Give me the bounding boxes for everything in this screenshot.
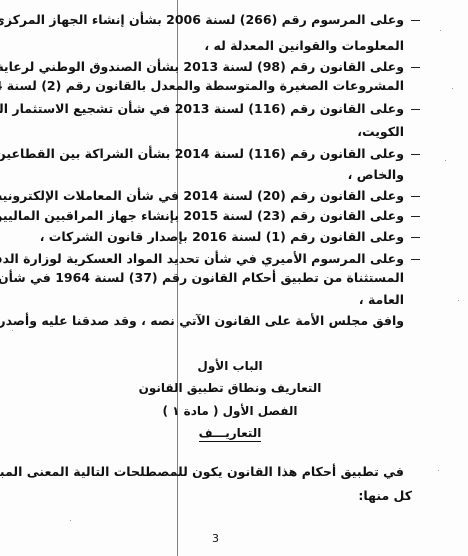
- bullet-dash-icon: [411, 109, 420, 110]
- preamble-item-6-line-1: وعلى القانون رقم (23) لسنة 2015 بإنشاء ج…: [33, 208, 404, 224]
- scan-speck: [452, 88, 453, 89]
- part-heading: الباب الأول: [100, 358, 360, 374]
- part-title-heading: التعاريف ونطاق تطبيق القانون: [100, 380, 360, 396]
- preamble-item-4-line-1: وعلى القانون رقم (116) لسنة 2014 بشأن ال…: [33, 146, 404, 162]
- preamble-item-4-line-2: والخاص ،: [33, 167, 404, 183]
- preamble-item-2-line-2: المشروعات الصغيرة والمتوسطة والمعدل بالق…: [33, 78, 404, 94]
- bullet-dash-icon: [411, 259, 420, 260]
- page-number: 3: [212, 532, 219, 545]
- preamble-item-5-line-1: وعلى القانون رقم (20) لسنة 2014 في شأن ا…: [33, 188, 404, 204]
- document-page: وعلى المرسوم رقم (266) لسنة 2006 بشأن إن…: [0, 0, 468, 556]
- preamble-item-1-line-1: وعلى المرسوم رقم (266) لسنة 2006 بشأن إن…: [33, 12, 404, 28]
- definitions-intro-line-1: في تطبيق أحكام هذا القانون يكون للمصطلحا…: [34, 464, 404, 480]
- bullet-dash-icon: [411, 196, 420, 197]
- bullet-dash-icon: [411, 216, 420, 217]
- scan-speck: [12, 330, 13, 331]
- bullet-dash-icon: [411, 237, 420, 238]
- section-heading-text: التعاريـــف: [199, 426, 262, 442]
- preamble-item-1-line-2: المعلومات والقوانين المعدلة له ،: [33, 38, 404, 54]
- scan-speck: [458, 300, 459, 301]
- scan-speck: [440, 30, 441, 31]
- preamble-item-8-line-3: العامة ،: [33, 292, 404, 308]
- preamble-item-7-line-1: وعلى القانون رقم (1) لسنة 2016 بإصدار قا…: [33, 229, 404, 245]
- preamble-item-8-line-2: المستثناة من تطبيق أحكام القانون رقم (37…: [33, 270, 404, 286]
- preamble-item-2-line-1: وعلى القانون رقم (98) لسنة 2013 بشأن الص…: [33, 59, 404, 75]
- bullet-dash-icon: [411, 154, 420, 155]
- chapter-heading: الفصل الأول ( مادة ١ ): [100, 403, 360, 419]
- section-heading: التعاريـــف: [100, 425, 360, 441]
- bullet-dash-icon: [411, 67, 420, 68]
- preamble-item-8-line-1: وعلى المرسوم الأميري في شأن تحديد المواد…: [33, 251, 404, 267]
- scan-speck: [70, 520, 71, 521]
- preamble-item-3-line-1: وعلى القانون رقم (116) لسنة 2013 في شأن …: [33, 101, 404, 117]
- definitions-intro-line-2: كل منها:: [358, 488, 412, 504]
- approval-clause: وافق مجلس الأمة على القانون الآتي نصه ، …: [33, 313, 404, 329]
- scan-speck: [445, 160, 446, 161]
- preamble-item-3-line-2: الكويت،: [33, 124, 404, 140]
- scan-speck: [438, 470, 439, 471]
- bullet-dash-icon: [411, 20, 420, 21]
